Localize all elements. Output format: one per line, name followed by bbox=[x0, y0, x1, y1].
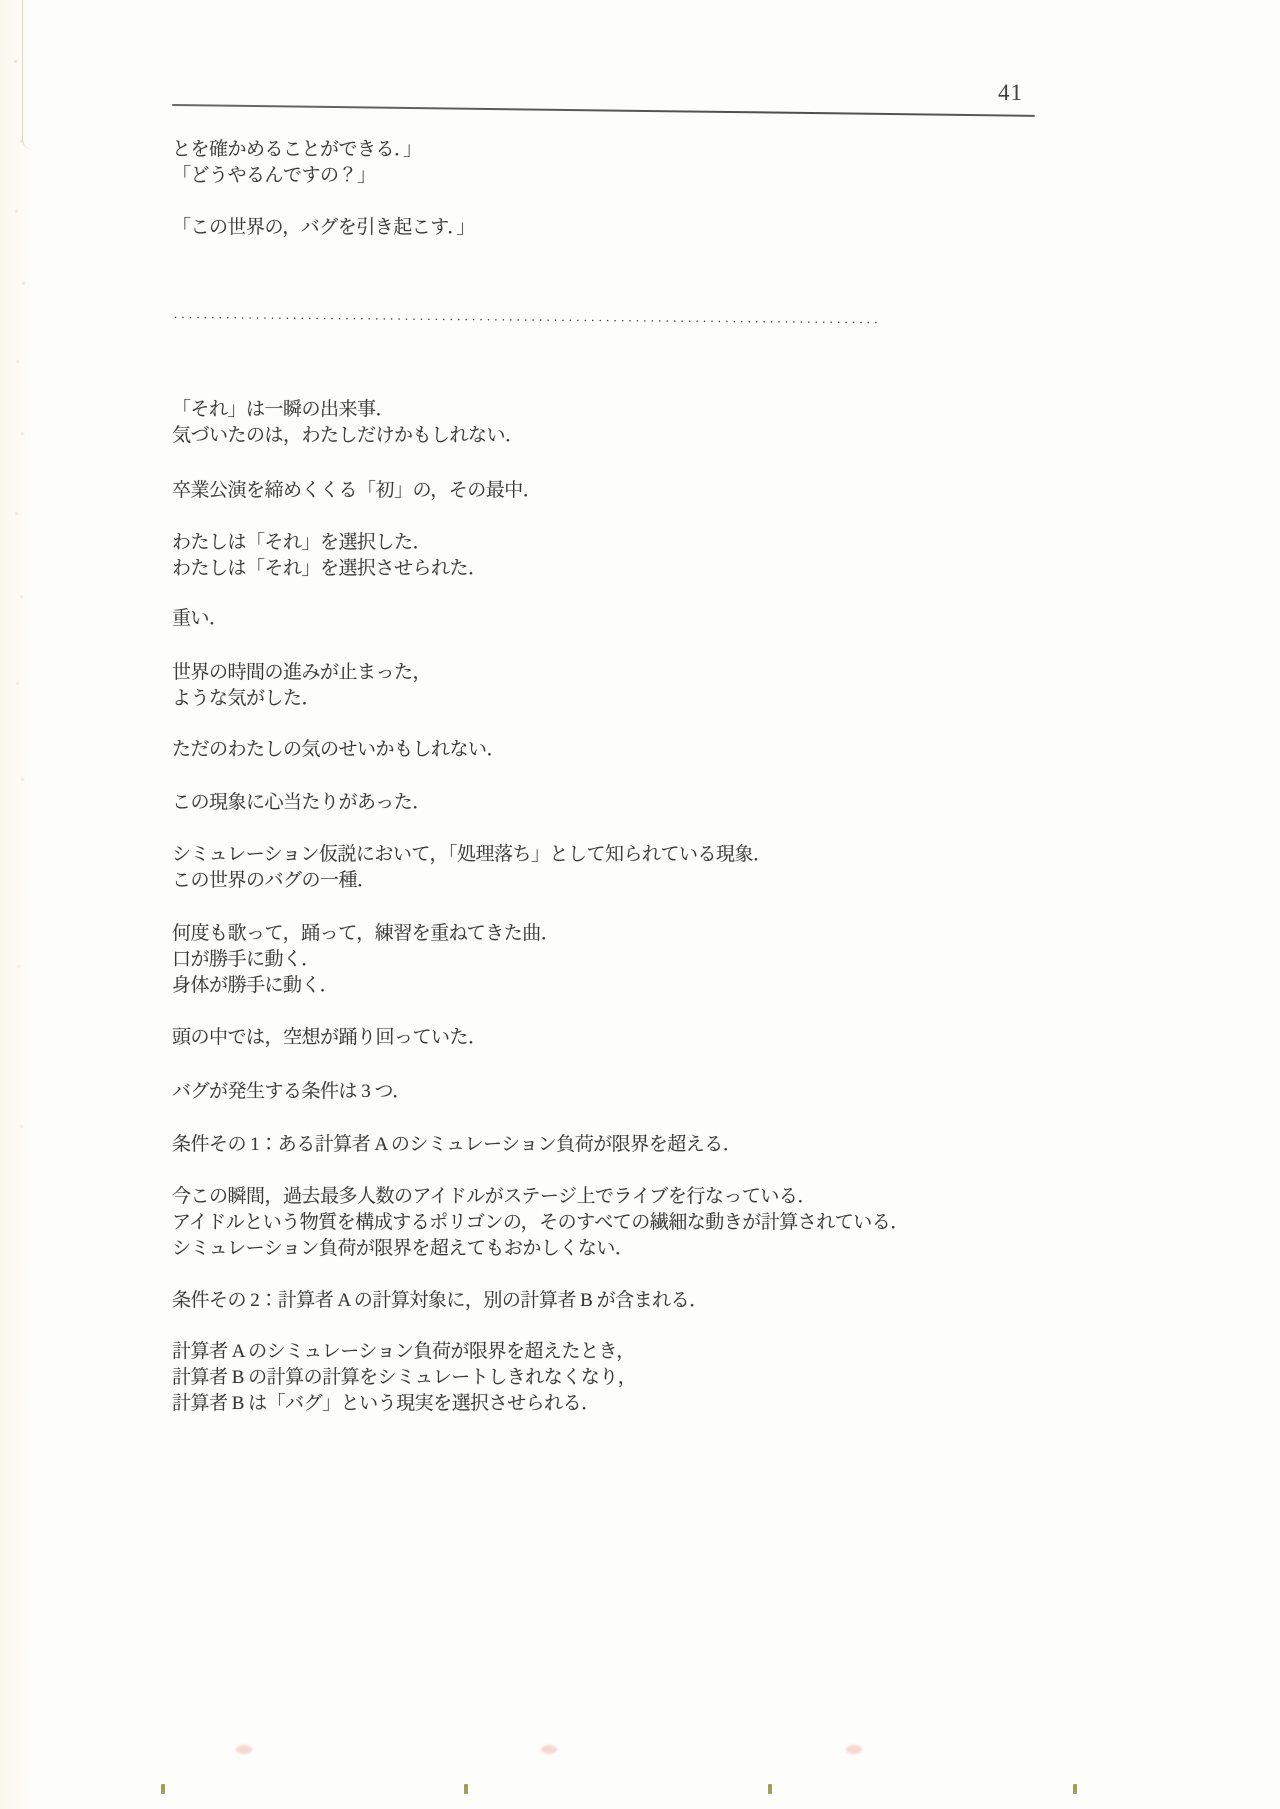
text-line: ただのわたしの気のせいかもしれない． bbox=[172, 737, 1132, 763]
scan-artifact-specks bbox=[14, 60, 17, 63]
header-rule bbox=[172, 104, 1035, 117]
text-line: 計算者 A のシミュレーション負荷が限界を超えたとき， bbox=[172, 1339, 1132, 1365]
text-line: わたしは「それ」を選択させられた． bbox=[172, 556, 1132, 582]
scan-artifact-olive-tick bbox=[768, 1784, 772, 1794]
text-line: 「どうやるんですの？」 bbox=[172, 163, 1132, 189]
scanned-page: 41 とを確かめることができる．」 「どうやるんですの？」 「この世界の，バグを… bbox=[0, 0, 1280, 1809]
text-line: この現象に心当たりがあった． bbox=[172, 790, 1132, 816]
text-line: 計算者 B は「バグ」という現実を選択させられる． bbox=[172, 1391, 1132, 1417]
text-line: 身体が勝手に動く． bbox=[172, 973, 1132, 999]
text-line: シミュレーション仮説において，「処理落ち」として知られている現象． bbox=[172, 842, 1132, 868]
text-line: 「この世界の，バグを引き起こす．」 bbox=[172, 215, 1132, 241]
paragraph: この現象に心当たりがあった． bbox=[172, 790, 1132, 816]
paragraph: 重い． bbox=[172, 606, 1132, 632]
text-line: 重い． bbox=[172, 606, 1132, 632]
scan-artifact-pink-mark bbox=[236, 1745, 252, 1754]
paragraph: 条件その 2：計算者 A の計算対象に，別の計算者 B が含まれる． bbox=[172, 1288, 1132, 1314]
scan-artifact-olive-tick bbox=[464, 1784, 468, 1794]
text-line: 「それ」は一瞬の出来事． bbox=[172, 397, 1132, 423]
paragraph: 条件その 1：ある計算者 A のシミュレーション負荷が限界を超える． bbox=[172, 1132, 1132, 1158]
text-line: 何度も歌って，踊って，練習を重ねてきた曲． bbox=[172, 921, 1132, 947]
scan-artifact-olive-tick bbox=[1073, 1784, 1077, 1794]
scan-artifact-pink-mark bbox=[541, 1745, 557, 1754]
text-line: わたしは「それ」を選択した． bbox=[172, 530, 1132, 556]
paragraph: 「この世界の，バグを引き起こす．」 bbox=[172, 215, 1132, 241]
scan-artifact-pink-mark bbox=[846, 1745, 862, 1754]
paragraph: 今この瞬間，過去最多人数のアイドルがステージ上でライブを行なっている． アイドル… bbox=[172, 1184, 1132, 1262]
paragraph: 卒業公演を締めくくる「初」の，その最中． bbox=[172, 478, 1132, 504]
paragraph: 何度も歌って，踊って，練習を重ねてきた曲． 口が勝手に動く． 身体が勝手に動く． bbox=[172, 921, 1132, 999]
text-line: 今この瞬間，過去最多人数のアイドルがステージ上でライブを行なっている． bbox=[172, 1184, 1132, 1210]
page-number: 41 bbox=[998, 80, 1023, 106]
text-line: 卒業公演を締めくくる「初」の，その最中． bbox=[172, 478, 1132, 504]
paragraph: とを確かめることができる．」 「どうやるんですの？」 bbox=[172, 137, 1132, 189]
paragraph: 「それ」は一瞬の出来事． 気づいたのは，わたしだけかもしれない． bbox=[172, 397, 1132, 449]
scan-artifact-page-edge bbox=[22, 0, 33, 150]
text-line: 頭の中では，空想が踊り回っていた． bbox=[172, 1025, 1132, 1051]
text-line: ような気がした． bbox=[172, 686, 1132, 712]
text-line: シミュレーション負荷が限界を超えてもおかしくない． bbox=[172, 1236, 1132, 1262]
text-line: 計算者 B の計算の計算をシミュレートしきれなくなり， bbox=[172, 1365, 1132, 1391]
text-line: アイドルという物質を構成するポリゴンの，そのすべての繊細な動きが計算されている． bbox=[172, 1210, 1132, 1236]
text-line: この世界のバグの一種． bbox=[172, 868, 1132, 894]
text-line: バグが発生する条件は 3 つ． bbox=[172, 1079, 1132, 1105]
paragraph: 頭の中では，空想が踊り回っていた． bbox=[172, 1025, 1132, 1051]
scan-artifact-olive-tick bbox=[161, 1784, 165, 1794]
paragraph: わたしは「それ」を選択した． わたしは「それ」を選択させられた． bbox=[172, 530, 1132, 582]
text-line: 口が勝手に動く． bbox=[172, 947, 1132, 973]
text-line: 条件その 2：計算者 A の計算対象に，別の計算者 B が含まれる． bbox=[172, 1288, 1132, 1314]
paragraph: ただのわたしの気のせいかもしれない． bbox=[172, 737, 1132, 763]
text-line: とを確かめることができる．」 bbox=[172, 137, 1132, 163]
paragraph: 世界の時間の進みが止まった， ような気がした． bbox=[172, 660, 1132, 712]
text-line: 気づいたのは，わたしだけかもしれない． bbox=[172, 423, 1132, 449]
text-line: 条件その 1：ある計算者 A のシミュレーション負荷が限界を超える． bbox=[172, 1132, 1132, 1158]
dotted-separator: ........................................… bbox=[174, 306, 882, 327]
paragraph: バグが発生する条件は 3 つ． bbox=[172, 1079, 1132, 1105]
paragraph: 計算者 A のシミュレーション負荷が限界を超えたとき， 計算者 B の計算の計算… bbox=[172, 1339, 1132, 1417]
paragraph: シミュレーション仮説において，「処理落ち」として知られている現象． この世界のバ… bbox=[172, 842, 1132, 894]
text-line: 世界の時間の進みが止まった， bbox=[172, 660, 1132, 686]
